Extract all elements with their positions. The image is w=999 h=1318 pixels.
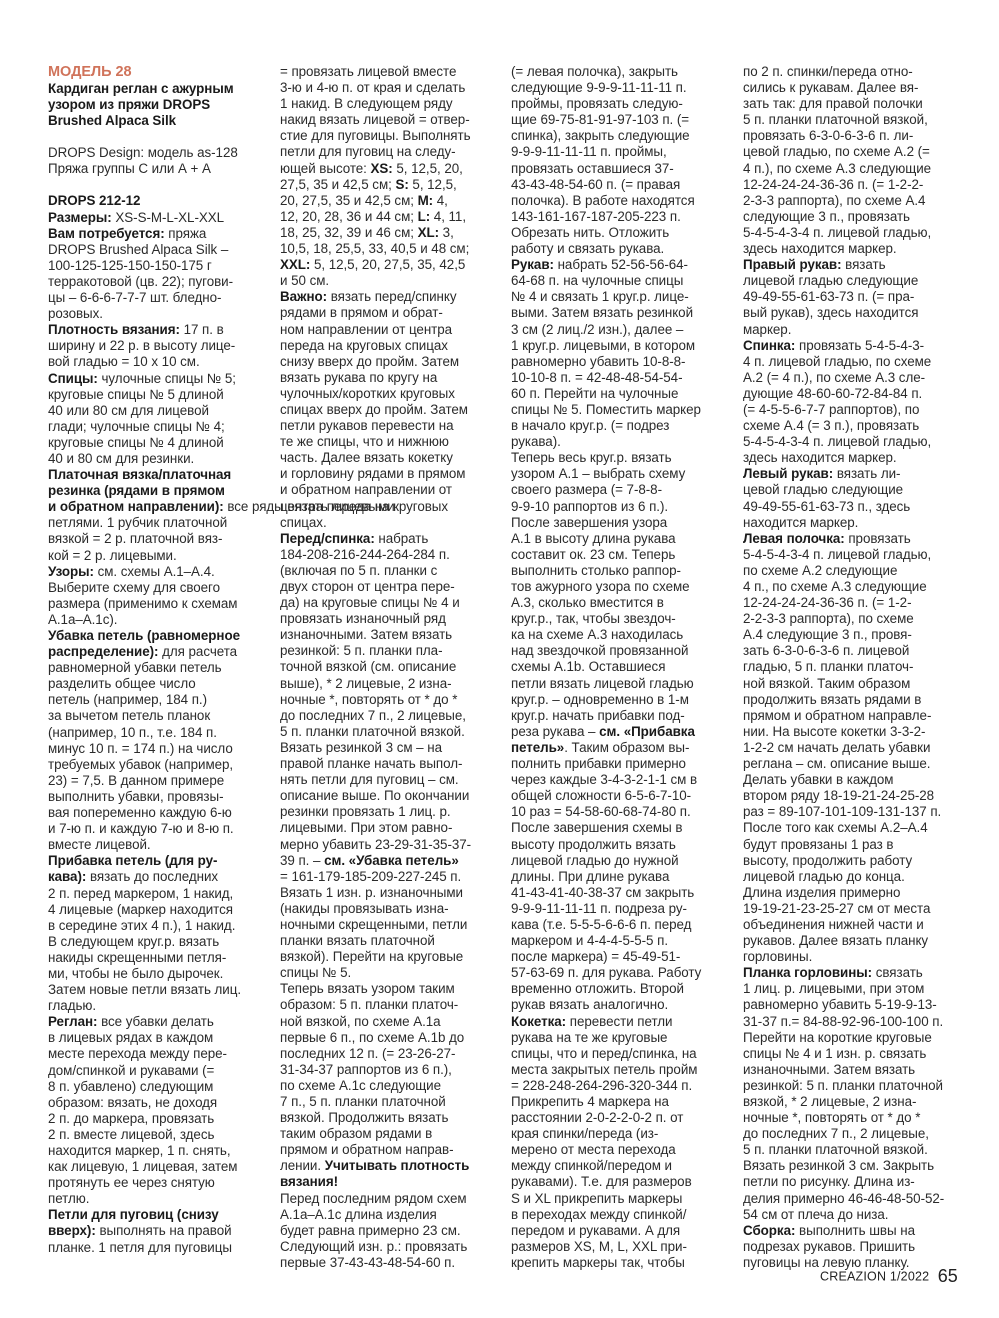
text-line: равномерной убавки петель	[48, 660, 270, 676]
text-line: протянуть ее через снятую	[48, 1175, 270, 1191]
text-line: кой = 2 р. лицевыми.	[48, 548, 270, 564]
text-line: в лицевых рядах в каждом	[48, 1030, 270, 1046]
text-line: 2 п. перед маркером, 1 накид,	[48, 886, 270, 902]
text-line: дующие 48-60-60-72-84-84 п.	[743, 386, 961, 402]
text-line: в переходах между спинкой/	[511, 1207, 733, 1223]
model-label: МОДЕЛЬ 28	[48, 64, 270, 81]
text-line: ном направлении от центра	[280, 322, 502, 338]
spacer	[48, 177, 270, 193]
text-line: над звездочкой провязанной	[511, 643, 733, 659]
text-line: рукавов. Далее вязать планку	[743, 933, 961, 949]
text-line: объединения нижней части и	[743, 917, 961, 933]
text-line: Выберите схему для своего	[48, 580, 270, 596]
text-line: (накиды провязывать изна-	[280, 901, 502, 917]
text-line: планке. 1 петля для пуговицы	[48, 1240, 270, 1256]
text-line: (например, 10 п., т.е. 184 п.	[48, 725, 270, 741]
text-line: изнаночными. Затем вязать	[280, 627, 502, 643]
text-line: петли вязать лицевой гладью	[511, 676, 733, 692]
text-line: полнить прибавки примерно	[511, 756, 733, 772]
text-line: Левый рукав: вязать ли-	[743, 466, 961, 482]
section-heading: Убавка петель (равномерное	[48, 628, 240, 643]
text-line: ющей высоте: XS: 5, 12,5, 20,	[280, 161, 502, 177]
text-line: Делать убавки в каждом	[743, 772, 961, 788]
column-1: МОДЕЛЬ 28 Кардиган реглан с ажурным узор…	[48, 64, 270, 1256]
text-line: здесь находится маркер.	[743, 450, 961, 466]
text-line: Кокетка: перевести петли	[511, 1014, 733, 1030]
text-line: Важно: вязать перед/спинку	[280, 289, 502, 305]
text-line: Спинка: провязать 5-4-5-4-3-	[743, 338, 961, 354]
text-line: Сборка: выполнить швы на	[743, 1223, 961, 1239]
pattern-code: DROPS 212-12	[48, 193, 270, 209]
section-heading: S:	[395, 177, 408, 192]
text-line: петли по рисунку. Длина из-	[743, 1174, 961, 1190]
text-line: провязать оставшиеся 37-	[511, 161, 733, 177]
text-line: нять петли для пуговиц – см.	[280, 772, 502, 788]
text-line: петли рукавов перевести на	[280, 418, 502, 434]
section-heading: Учитывать плотность	[325, 1158, 470, 1173]
section-heading: Вам потребуется:	[48, 226, 165, 241]
text-line: После завершения узора	[511, 515, 733, 531]
section-heading: Реглан:	[48, 1014, 97, 1029]
text-line: выполнить столько раппор-	[511, 563, 733, 579]
body-text: 17 п. в	[184, 322, 224, 337]
text-line: выше), * 2 лицевые, 2 изна-	[280, 676, 502, 692]
text-line: спицах вверх до пройм. Затем	[280, 402, 502, 418]
text-line: лицевой гладью до нужной	[511, 853, 733, 869]
text-line: 3-ю и 4-ю п. от края и сделать	[280, 80, 502, 96]
text-line: лении. Учитывать плотность	[280, 1158, 502, 1174]
text-line: ка на схеме А.3 находилась	[511, 627, 733, 643]
text-line: снизу вверх до пройм. Затем	[280, 354, 502, 370]
text-line: вязать рукава по кругу на	[280, 370, 502, 386]
text-line: 184-208-216-244-264-284 п.	[280, 547, 502, 563]
text-line: следующие 9-9-9-11-11-11 п.	[511, 80, 733, 96]
text-line: 3 см (2 лиц./2 изн.), далее –	[511, 322, 733, 338]
text-line: 19-19-21-23-25-27 см от места	[743, 901, 961, 917]
text-line: А.2 (= 4 п.), по схеме А.3 сле-	[743, 370, 961, 386]
body-text: XS-S-M-L-XL-XXL	[115, 210, 224, 225]
section-heading: распределение):	[48, 644, 158, 659]
text-line: Левая полочка: провязать	[743, 531, 961, 547]
section-heading: Плотность вязания:	[48, 322, 180, 337]
text-line: центра переда на круговых	[280, 499, 502, 515]
section-heading: L:	[418, 209, 431, 224]
text-line: резинка (рядами в прямом	[48, 483, 270, 499]
text-line: 2 п. до маркера, провязать	[48, 1111, 270, 1127]
page-footer: CREAZION 1/2022 65	[820, 1266, 958, 1287]
text-line: 12-24-24-24-36-36 п. (= 1-2-	[743, 595, 961, 611]
text-line: 5-4-5-4-3-4 п. лицевой гладью,	[743, 225, 961, 241]
text-line: (= 4-5-5-6-7-7 раппортов), по	[743, 402, 961, 418]
text-line: расстоянии 2-0-2-2-0-2 п. от	[511, 1110, 733, 1126]
section-heading: вверх):	[48, 1223, 96, 1238]
text-line: изнаночными. Затем вязать	[743, 1062, 961, 1078]
text-line: выполнить убавки, провязы-	[48, 789, 270, 805]
section-heading: Спицы:	[48, 371, 98, 386]
text-line: после маркера) = 45-49-51-	[511, 949, 733, 965]
text-line: маркером и 4-4-4-5-5-5 п.	[511, 933, 733, 949]
section-heading: Сборка:	[743, 1223, 795, 1238]
text-line: первые 37-43-43-48-54-60 п.	[280, 1255, 502, 1271]
text-line: прямом и обратном направле-	[743, 708, 961, 724]
section-heading: XXL:	[280, 257, 310, 272]
text-line: гладью, 5 п. планки платоч-	[743, 659, 961, 675]
text-line: Плотность вязания: 17 п. в	[48, 322, 270, 338]
text-line: А.3, сколько вместится в	[511, 595, 733, 611]
text-line: первые 6 п., по схеме А.1b до	[280, 1030, 502, 1046]
text-line: 2-3-3 раппорта), по схеме А.4	[743, 193, 961, 209]
text-line: 9-9-10 раппортов из 6 п.).	[511, 499, 733, 515]
section-heading: Правый рукав:	[743, 257, 842, 272]
text-line: таким образом рядами в	[280, 1126, 502, 1142]
section-heading: см. «Прибавка	[599, 724, 695, 739]
text-line: продолжить вязать рядами в	[743, 692, 961, 708]
text-line: общей сложности 6-5-6-7-10-	[511, 788, 733, 804]
text-line: Перейти на короткие круговые	[743, 1030, 961, 1046]
text-line: реза рукава – см. «Прибавка	[511, 724, 733, 740]
text-line: Прибавка петель (для ру-	[48, 853, 270, 869]
text-line: составит ок. 23 см. Теперь	[511, 547, 733, 563]
text-line: петли для пуговиц на следу-	[280, 144, 502, 160]
text-line: Размеры: XS-S-M-L-XL-XXL	[48, 210, 270, 226]
text-line: делия примерно 46-46-48-50-52-	[743, 1191, 961, 1207]
text-line: вязкой = 2 р. платочной вяз-	[48, 531, 270, 547]
text-line: Вязать резинкой 3 см. Закрыть	[743, 1158, 961, 1174]
text-line: накиды скрещенными петля-	[48, 950, 270, 966]
text-line: 5 п. планки платочной вязкой,	[743, 112, 961, 128]
text-line: 23) = 7,5. В данном примере	[48, 773, 270, 789]
text-line: = 161-179-185-209-227-245 п.	[280, 869, 502, 885]
text-line: нии. На высоте кокетки 3-3-2-	[743, 724, 961, 740]
text-line: вязкой). Перейти на круговые	[280, 949, 502, 965]
text-line: 41-43-41-40-38-37 см закрыть	[511, 885, 733, 901]
text-line: лицевой гладью следующие	[743, 273, 961, 289]
text-line: мерно убавить 23-29-31-35-37-	[280, 837, 502, 853]
section-heading: кава):	[48, 869, 86, 884]
text-line: DROPS Brushed Alpaca Silk –	[48, 242, 270, 258]
text-line: 1-2-2 см начать делать убавки	[743, 740, 961, 756]
text-line: ми, чтобы не было дырочек.	[48, 966, 270, 982]
text-line: 27,5, 35 и 42,5 см; S: 5, 12,5,	[280, 177, 502, 193]
text-line: 10,5, 18, 25,5, 33, 40,5 и 48 см;	[280, 241, 502, 257]
text-line: В следующем круг.р. вязать	[48, 934, 270, 950]
text-line: (= левая полочка), закрыть	[511, 64, 733, 80]
section-heading: см. «Убавка петель»	[324, 853, 459, 868]
text-line: двух сторон от центра пере-	[280, 579, 502, 595]
text-line: места закрытых петель пройм	[511, 1062, 733, 1078]
text-line: резинки провязать 1 лиц. р.	[280, 804, 502, 820]
text-line: втором ряду 18-19-21-24-25-28	[743, 788, 961, 804]
text-line: 7 п., 5 п. планки платочной	[280, 1094, 502, 1110]
text-line: за вычетом петель планок	[48, 708, 270, 724]
text-line: = 228-248-264-296-320-344 п.	[511, 1078, 733, 1094]
section-heading: Левая полочка:	[743, 531, 845, 546]
section-heading: Узоры:	[48, 564, 94, 579]
text-line: 10-10-8 п. = 42-48-48-54-54-	[511, 370, 733, 386]
section-heading: Левый рукав:	[743, 466, 833, 481]
text-line: спицы № 5. Поместить маркер	[511, 402, 733, 418]
text-line: 2-2-3-3 раппорта), по схеме	[743, 611, 961, 627]
text-line: месте перехода между пере-	[48, 1046, 270, 1062]
text-line: 12, 20, 28, 36 и 44 см; L: 4, 11,	[280, 209, 502, 225]
text-line: Узоры: см. схемы А.1–А.4.	[48, 564, 270, 580]
text-line: планки вязать платочной	[280, 933, 502, 949]
text-line: 4 п., по схеме А.3 следующие	[743, 579, 961, 595]
text-line: Перед/спинка: набрать	[280, 531, 502, 547]
body-text: для расчета	[162, 644, 237, 659]
text-line: проймы, провязать следую-	[511, 96, 733, 112]
text-line: равномерно убавить 5-19-9-13-	[743, 997, 961, 1013]
text-line: часть. Далее вязать кокетку	[280, 450, 502, 466]
text-line: переда на круговых спицах	[280, 338, 502, 354]
text-line: мерено от места перехода	[511, 1142, 733, 1158]
section-heading: вязания!	[280, 1174, 338, 1189]
text-line: А.4 следующие 3 п., провя-	[743, 627, 961, 643]
text-line: розовых.	[48, 306, 270, 322]
body-text: чулочные спицы № 5;	[102, 371, 236, 386]
text-line: до последних 7 п., 2 лицевые,	[743, 1126, 961, 1142]
text-line: следующие 3 п., провязать	[743, 209, 961, 225]
text-line: вязания!	[280, 1174, 502, 1190]
text-line: спицах.	[280, 515, 502, 531]
text-line: реглана – см. описание выше.	[743, 756, 961, 772]
text-line: Петли для пуговиц (снизу	[48, 1207, 270, 1223]
text-line: 5 п. планки платочной вязкой.	[743, 1142, 961, 1158]
section-heading: Петли для пуговиц (снизу	[48, 1207, 219, 1222]
text-line: 40 и 80 см для резинки.	[48, 451, 270, 467]
section-heading: Размеры:	[48, 210, 112, 225]
text-line: будет равна примерно 23 см.	[280, 1223, 502, 1239]
text-line: 5-4-5-4-3-4 п. лицевой гладью,	[743, 547, 961, 563]
text-line: 49-49-55-61-63-73 п. (= пра-	[743, 289, 961, 305]
text-line: описание выше. По окончании	[280, 788, 502, 804]
text-line: 31-34-37 раппортов из 6 п.),	[280, 1062, 502, 1078]
text-line: 5 п. планки платочной вязкой.	[280, 724, 502, 740]
text-line: глади; чулочные спицы № 4;	[48, 419, 270, 435]
column-4: по 2 п. спинки/переда отно-сились к рука…	[743, 64, 961, 1271]
text-line: длины. При длине рукава	[511, 869, 733, 885]
text-line: выми. Затем вязать резинкой	[511, 305, 733, 321]
text-line: вой гладью = 10 х 10 см.	[48, 354, 270, 370]
text-line: ширину и 22 р. в высоту лице-	[48, 338, 270, 354]
spacer	[48, 129, 270, 145]
text-line: Вязать 1 изн. р. изнаночными	[280, 885, 502, 901]
text-line: раз = 89-107-101-109-131-137 п.	[743, 804, 961, 820]
column-2: = провязать лицевой вместе3-ю и 4-ю п. о…	[280, 64, 502, 1271]
section-heading: XL:	[418, 225, 439, 240]
text-line: круг.р., так, чтобы звездоч-	[511, 611, 733, 627]
text-line: маркер.	[743, 322, 961, 338]
text-line: вместе лицевой.	[48, 837, 270, 853]
text-line: Следующий изн. р.: провязать	[280, 1239, 502, 1255]
text-line: вая попеременно каждую 6-ю	[48, 805, 270, 821]
text-line: круг.р. – одновременно в 1-м	[511, 692, 733, 708]
text-line: 4 п. лицевой гладью, по схеме	[743, 354, 961, 370]
text-line: Правый рукав: вязать	[743, 257, 961, 273]
text-line: находится маркер.	[743, 515, 961, 531]
text-line: сились к рукавам. Далее вя-	[743, 80, 961, 96]
text-line: спицы № 5.	[280, 965, 502, 981]
text-line: 20, 27,5, 35 и 42,5 см; M: 4,	[280, 193, 502, 209]
text-line: передом и рукавами. А для	[511, 1223, 733, 1239]
text-line: А.1а–А.1с).	[48, 612, 270, 628]
text-line: спицы, что и перед/спинка, на	[511, 1046, 733, 1062]
text-line: временно отложить. Второй	[511, 981, 733, 997]
yarn-group: Пряжа группы С или А + А	[48, 161, 270, 177]
text-line: схемы А.1b. Оставшиеся	[511, 659, 733, 675]
text-line: круг.р. начать прибавки под-	[511, 708, 733, 724]
text-line: ной вязкой. Таким образом	[743, 676, 961, 692]
text-line: Спицы: чулочные спицы № 5;	[48, 371, 270, 387]
text-line: щие 69-75-81-91-97-103 п. (=	[511, 112, 733, 128]
text-line: спицы № 4 и 1 изн. р. связать	[743, 1046, 961, 1062]
text-line: 4 п.), по схеме А.3 следующие	[743, 161, 961, 177]
section-heading: M:	[418, 193, 434, 208]
text-line: образом: вязать, не доходя	[48, 1095, 270, 1111]
text-line: подрезах рукавов. Пришить	[743, 1239, 961, 1255]
section-heading: Прибавка петель (для ру-	[48, 853, 217, 868]
text-line: 54 см от плеча до низа.	[743, 1207, 961, 1223]
text-line: и обратном направлении): все ряды вязать…	[48, 499, 270, 515]
text-line: 1 лиц. р. лицевыми, при этом	[743, 981, 961, 997]
text-line: рукава на те же круговые	[511, 1030, 733, 1046]
text-line: А.1 в высоту длина рукава	[511, 531, 733, 547]
text-line: резинкой: 5 п. планки платочной	[743, 1078, 961, 1094]
text-line: те же спицы, что и нижнюю	[280, 434, 502, 450]
text-line: здесь находится маркер.	[743, 241, 961, 257]
magazine-page: МОДЕЛЬ 28 Кардиган реглан с ажурным узор…	[0, 0, 999, 1318]
text-line: ночные *, повторять от * до *	[280, 692, 502, 708]
text-line: крепить маркеры так, чтобы	[511, 1255, 733, 1271]
text-line: находится маркер, 1 п. снять,	[48, 1143, 270, 1159]
text-line: размера (применимо к схемам	[48, 596, 270, 612]
text-line: Вязать резинкой 3 см – на	[280, 740, 502, 756]
text-line: размеров XS, M, L, XXL при-	[511, 1239, 733, 1255]
text-line: круговые спицы № 5 длиной	[48, 387, 270, 403]
text-line: высоту продолжить вязать	[511, 837, 733, 853]
text-line: рукав вязать аналогично.	[511, 997, 733, 1013]
text-line: 40 или 80 см для лицевой	[48, 403, 270, 419]
text-line: круговые спицы № 4 длиной	[48, 435, 270, 451]
text-line: 5-4-5-4-3-4 п. лицевой гладью,	[743, 434, 961, 450]
text-line: 4 лицевые (маркер находится	[48, 902, 270, 918]
text-line: 10 раз = 54-58-60-68-74-80 п.	[511, 804, 733, 820]
section-heading: и обратном направлении):	[48, 499, 224, 514]
text-line: и обратном направлении от	[280, 482, 502, 498]
text-line: 1 круг.р. лицевыми, в котором	[511, 338, 733, 354]
text-line: через каждые 3-4-3-2-1-1 см в	[511, 772, 733, 788]
text-line: Платочная вязка/платочная	[48, 467, 270, 483]
section-heading: Планка горловины:	[743, 965, 872, 980]
text-line: (включая по 5 п. планки с	[280, 563, 502, 579]
text-line: 39 п. – см. «Убавка петель»	[280, 853, 502, 869]
text-line: накид вязать лицевой = отвер-	[280, 112, 502, 128]
section-heading: петель»	[511, 740, 564, 755]
text-line: лицевыми. При этом равно-	[280, 820, 502, 836]
text-line: своего размера (= 7-8-8-	[511, 482, 733, 498]
text-line: чулочных/коротких круговых	[280, 386, 502, 402]
body-text: пряжа	[168, 226, 206, 241]
text-line: 9-9-9-11-11-11 п. подреза ру-	[511, 901, 733, 917]
text-line: кава): вязать до последних	[48, 869, 270, 885]
text-line: минус 10 п. = 174 п.) на число	[48, 741, 270, 757]
text-line: Длина изделия примерно	[743, 885, 961, 901]
instruction-blocks: Размеры: XS-S-M-L-XL-XXLВам потребуется:…	[48, 210, 270, 1256]
text-line: цевой гладью следующие	[743, 482, 961, 498]
text-line: вый рукав), здесь находится	[743, 305, 961, 321]
text-line: Реглан: все убавки делать	[48, 1014, 270, 1030]
text-line: рукавами). Т.е. для размеров	[511, 1174, 733, 1190]
text-line: петлю.	[48, 1191, 270, 1207]
body-text: все убавки делать	[101, 1014, 214, 1029]
text-line: 18, 25, 32, 39 и 46 см; XL: 3,	[280, 225, 502, 241]
text-line: № 4 и связать 1 круг.р. лице-	[511, 289, 733, 305]
text-line: 64-68 п. на чулочные спицы	[511, 273, 733, 289]
text-line: Рукав: набрать 52-56-56-64-	[511, 257, 733, 273]
text-line: и горловину рядами в прямом	[280, 466, 502, 482]
text-line: 49-49-55-61-63-73 п., здесь	[743, 499, 961, 515]
text-line: цы – 6-6-6-7-7-7 шт. бледно-	[48, 290, 270, 306]
text-line: Перед последним рядом схем	[280, 1191, 502, 1207]
text-line: рядами в прямом и обрат-	[280, 305, 502, 321]
text-line: высоту, продолжить работу	[743, 853, 961, 869]
text-line: вязкой, * 2 лицевые, 2 изна-	[743, 1094, 961, 1110]
text-line: 9-9-9-11-11-11 п. проймы,	[511, 144, 733, 160]
text-line: петель». Таким образом вы-	[511, 740, 733, 756]
text-line: 57-63-69 п. для рукава. Работу	[511, 965, 733, 981]
text-line: в середине этих 4 п.), 1 накид.	[48, 918, 270, 934]
text-line: зать 6-3-0-6-3-6 п. лицевой	[743, 643, 961, 659]
text-line: прямом и обратном направ-	[280, 1142, 502, 1158]
text-line: до последних 7 п., 2 лицевые,	[280, 708, 502, 724]
text-line: горловины.	[743, 949, 961, 965]
column-3: (= левая полочка), закрытьследующие 9-9-…	[511, 64, 733, 1271]
text-line: будут провязаны 1 раз в	[743, 837, 961, 853]
section-heading: XS:	[371, 161, 393, 176]
body-text: вязать до последних	[90, 869, 218, 884]
section-heading: Рукав:	[511, 257, 554, 272]
magazine-issue: CREAZION 1/2022	[820, 1270, 929, 1284]
text-line: вверх): выполнять на правой	[48, 1223, 270, 1239]
text-line: 2 п. вместе лицевой, здесь	[48, 1127, 270, 1143]
design-line: DROPS Design: модель as-128	[48, 145, 270, 161]
text-line: 43-43-48-54-60 п. (= правая	[511, 177, 733, 193]
text-line: цевой гладью, по схеме А.2 (=	[743, 144, 961, 160]
section-heading: Спинка:	[743, 338, 795, 353]
text-line: 100-125-125-150-150-175 г	[48, 258, 270, 274]
text-line: в начало круг.р. (= подрез	[511, 418, 733, 434]
text-line: да) на круговые спицы № 4 и	[280, 595, 502, 611]
text-line: После того как схемы А.2–А.4	[743, 820, 961, 836]
title-line: Кардиган реглан с ажурным	[48, 81, 270, 97]
text-line: Затем новые петли вязать лиц.	[48, 982, 270, 998]
text-line: схеме А.4 (= 3 п.), провязать	[743, 418, 961, 434]
text-line: спинка), закрыть следующие	[511, 128, 733, 144]
text-line: терракотовой (цв. 22); пугови-	[48, 274, 270, 290]
text-line: = провязать лицевой вместе	[280, 64, 502, 80]
text-line: правой планке начать выпол-	[280, 756, 502, 772]
text-line: полочка). В работе находятся	[511, 193, 733, 209]
body-text: выполнять на правой	[99, 1223, 231, 1238]
text-line: Обрезать нить. Отложить	[511, 225, 733, 241]
text-line: ночные *, повторять от * до *	[743, 1110, 961, 1126]
text-line: и 50 см.	[280, 273, 502, 289]
text-line: равномерно убавить 10-8-8-	[511, 354, 733, 370]
text-line: ночными скрещенными, петли	[280, 917, 502, 933]
text-line: 31-37 п.= 84-88-92-96-100-100 п.	[743, 1014, 961, 1030]
text-line: ной вязкой, по схеме А.1а	[280, 1014, 502, 1030]
text-line: последних 12 п. (= 23-26-27-	[280, 1046, 502, 1062]
